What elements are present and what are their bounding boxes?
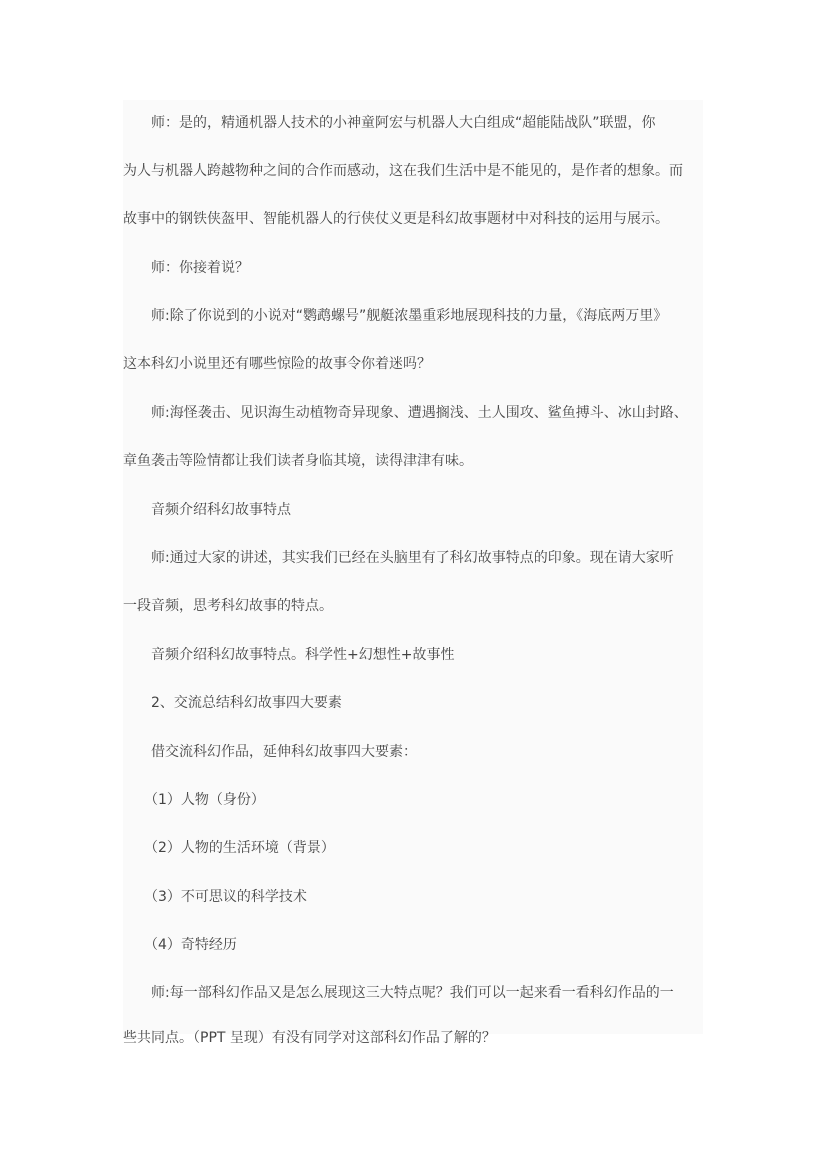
paragraph-line: 章鱼袭击等险情都让我们读者身临其境，读得津津有味。 [123,451,473,471]
paragraph-line: 音频介绍科幻故事特点。科学性+幻想性+故事性 [123,645,454,665]
paragraph-line: 一段音频，思考科幻故事的特点。 [123,596,333,616]
section-heading: 2、交流总结科幻故事四大要素 [123,693,342,713]
paragraph-line: 为人与机器人跨越物种之间的合作而感动，这在我们生活中是不能见的，是作者的想象。而 [123,161,683,181]
paragraph-line: 师:通过大家的讲述，其实我们已经在头脑里有了科幻故事特点的印象。现在请大家听 [123,548,674,568]
list-item: （2）人物的生活环境（背景） [123,838,335,858]
paragraph-line: 师：你接着说？ [123,258,249,278]
paragraph-line: 师：是的，精通机器人技术的小神童阿宏与机器人大白组成“超能陆战队”联盟，你 [123,113,656,133]
paragraph-line: 师:海怪袭击、见识海生动植物奇异现象、遭遇搁浅、土人围攻、鲨鱼搏斗、冰山封路、 [123,403,696,423]
list-item: （4）奇特经历 [123,935,237,955]
paragraph-line: 师:每一部科幻作品又是怎么展现这三大特点呢？我们可以一起来看一看科幻作品的一 [123,983,674,1003]
paragraph-line: 这本科幻小说里还有哪些惊险的故事令你着迷吗？ [123,354,431,374]
section-heading: 音频介绍科幻故事特点 [123,500,291,520]
paragraph-line: 师:除了你说到的小说对“鹦鹉螺号”舰艇浓墨重彩地展现科技的力量，《海底两万里》 [123,306,675,326]
paragraph-line: 借交流科幻作品，延伸科幻故事四大要素： [123,742,417,762]
list-item: （3）不可思议的科学技术 [123,887,307,907]
paragraph-line: 些共同点。（PPT 呈现）有没有同学对这部科幻作品了解的？ [123,1028,496,1048]
paragraph-line: 故事中的钢铁侠盔甲、智能机器人的行侠仗义更是科幻故事题材中对科技的运用与展示。 [123,209,669,229]
list-item: （1）人物（身份） [123,790,265,810]
